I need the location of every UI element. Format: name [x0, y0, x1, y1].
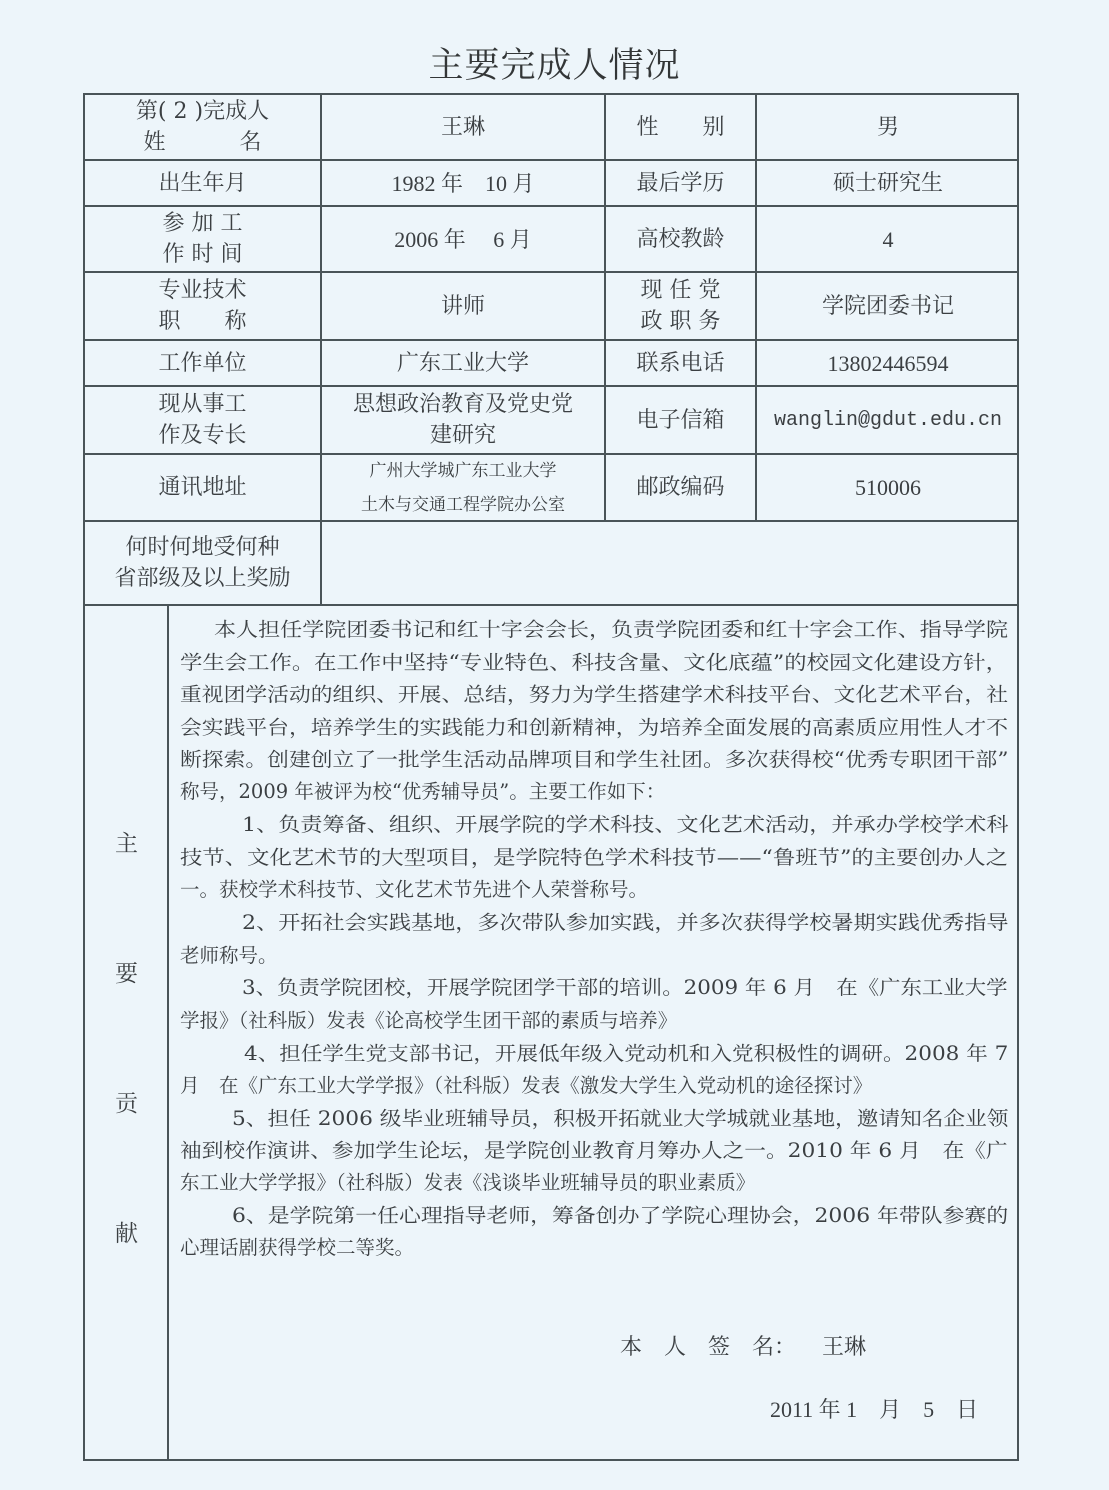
label-birth-date: 出生年月: [85, 161, 320, 205]
contributions-label-char: 要: [85, 955, 168, 988]
contribution-line: 4、担任学生党支部书记，开展低年级入党动机和入党积极性的调研。2008 年 7: [244, 1041, 1008, 1067]
contribution-line: 称号，2009 年被评为校“优秀辅导员”。主要工作如下：: [180, 779, 665, 805]
label-text: 作 时 间: [163, 239, 243, 270]
value-email: wanglin@gdut.edu.cn: [757, 387, 1019, 453]
signature-name: 王琳: [822, 1330, 866, 1361]
value-work-start: 2006 年 6 月: [322, 207, 604, 271]
label-text: 政 职 务: [641, 306, 721, 337]
value-education: 硕士研究生: [757, 161, 1019, 205]
label-text: 第( 2 )完成人: [136, 96, 269, 127]
value-gender: 男: [757, 95, 1019, 159]
value-work-unit: 广东工业大学: [322, 341, 604, 385]
contributions-label-char: 献: [85, 1215, 168, 1248]
label-phone: 联系电话: [606, 341, 755, 385]
label-specialty: 现从事工 作及专长: [85, 387, 320, 453]
contribution-line: 重视团学活动的组织、开展、总结，努力为学生搭建学术科技平台、文化艺术平台，社: [180, 682, 1008, 708]
contributions-label-char: 主: [85, 825, 168, 858]
label-awards: 何时何地受何种 省部级及以上奖励: [85, 522, 320, 604]
label-text: 作及专长: [158, 420, 246, 451]
label-completer-name: 第( 2 )完成人 姓 名: [85, 95, 320, 159]
label-text: 名: [239, 127, 261, 158]
row-divider: [83, 604, 1019, 606]
label-text: 何时何地受何种: [125, 532, 279, 563]
contribution-line: 学报》（社科版）发表《论高校学生团干部的素质与培养》: [180, 1008, 677, 1034]
label-gender: 性 别: [606, 95, 755, 159]
contribution-line: 3、负责学院团校，开展学院团学干部的培训。2009 年 6 月 在《广东工业大学: [242, 975, 1008, 1001]
label-teaching-years: 高校教龄: [606, 207, 755, 271]
label-work-start: 参 加 工 作 时 间: [85, 207, 320, 271]
value-phone: 13802446594: [757, 341, 1019, 385]
label-text: 现从事工: [158, 389, 246, 420]
value-specialty: 思想政治教育及党史党 建研究: [322, 387, 604, 453]
value-postal-code: 510006: [757, 455, 1019, 520]
label-text: 姓: [144, 127, 166, 158]
value-professional-title: 讲师: [322, 273, 604, 339]
label-address: 通讯地址: [85, 455, 320, 520]
value-text: 思想政治教育及党史党: [353, 389, 573, 420]
page-title: 主要完成人情况: [0, 38, 1109, 88]
contribution-line: 心理话剧获得学校二等奖。: [180, 1235, 414, 1261]
col-divider: [167, 604, 169, 1461]
label-text: 职: [158, 306, 180, 337]
contribution-line: 技节、文化艺术节的大型项目，是学院特色学术科技节——“鲁班节”的主要创办人之: [180, 845, 1008, 871]
contribution-line: 月 在《广东工业大学学报》（社科版）发表《激发大学生入党动机的途径探讨》: [180, 1073, 872, 1099]
label-work-unit: 工作单位: [85, 341, 320, 385]
label-education: 最后学历: [606, 161, 755, 205]
contribution-line: 老师称号。: [180, 943, 278, 969]
contribution-line: 5、担任 2006 级毕业班辅导员，积极开拓就业大学城就业基地，邀请知名企业领: [232, 1106, 1008, 1132]
value-text: 建研究: [430, 420, 496, 451]
value-birth-date: 1982 年 10 月: [322, 161, 604, 205]
label-text: 参 加 工: [163, 208, 243, 239]
signature-label: 本 人 签 名：: [620, 1330, 796, 1361]
contribution-line: 学生会工作。在工作中坚持“专业特色、科技含量、文化底蕴”的校园文化建设方针，: [180, 650, 1008, 676]
label-professional-title: 专业技术 职 称: [85, 273, 320, 339]
contribution-line: 6、是学院第一任心理指导老师，筹备创办了学院心理协会，2006 年带队参赛的: [232, 1203, 1008, 1229]
contribution-line: 袖到校作演讲、参加学生论坛，是学院创业教育月筹办人之一。2010 年 6 月 在…: [180, 1138, 1008, 1164]
value-awards: [322, 522, 1019, 604]
label-postal-code: 邮政编码: [606, 455, 755, 520]
value-name: 王琳: [322, 95, 604, 159]
value-text: 广州大学城广东工业大学: [370, 454, 557, 488]
label-text: 省部级及以上奖励: [114, 563, 290, 594]
value-text: 土木与交通工程学院办公室: [361, 488, 565, 522]
value-address: 广州大学城广东工业大学 土木与交通工程学院办公室: [322, 455, 604, 520]
contribution-line: 东工业大学学报》（社科版）发表《浅谈毕业班辅导员的职业素质》: [180, 1170, 755, 1196]
value-teaching-years: 4: [757, 207, 1019, 271]
value-party-position: 学院团委书记: [757, 273, 1019, 339]
contribution-line: 本人担任学院团委书记和红十字会会长，负责学院团委和红十字会工作、指导学院: [214, 617, 1008, 643]
contribution-line: 断探索。创建创立了一批学生活动品牌项目和学生社团。多次获得校“优秀专职团干部”: [180, 747, 1009, 773]
contribution-line: 一。获校学术科技节、文化艺术节先进个人荣誉称号。: [180, 877, 648, 903]
label-text: 现 任 党: [641, 275, 721, 306]
contribution-line: 1、负责筹备、组织、开展学院的学术科技、文化艺术活动，并承办学校学术科: [242, 812, 1008, 838]
label-party-position: 现 任 党 政 职 务: [606, 273, 755, 339]
label-email: 电子信箱: [606, 387, 755, 453]
label-text: 称: [224, 306, 246, 337]
contributions-label-char: 贡: [85, 1085, 168, 1118]
contribution-line: 会实践平台，培养学生的实践能力和创新精神，为培养全面发展的高素质应用性人才不: [180, 715, 1008, 741]
label-text: 专业技术: [158, 275, 246, 306]
contribution-line: 2、开拓社会实践基地，多次带队参加实践，并多次获得学校暑期实践优秀指导: [242, 910, 1008, 936]
signature-date: 2011 年 1 月 5 日: [770, 1393, 978, 1424]
